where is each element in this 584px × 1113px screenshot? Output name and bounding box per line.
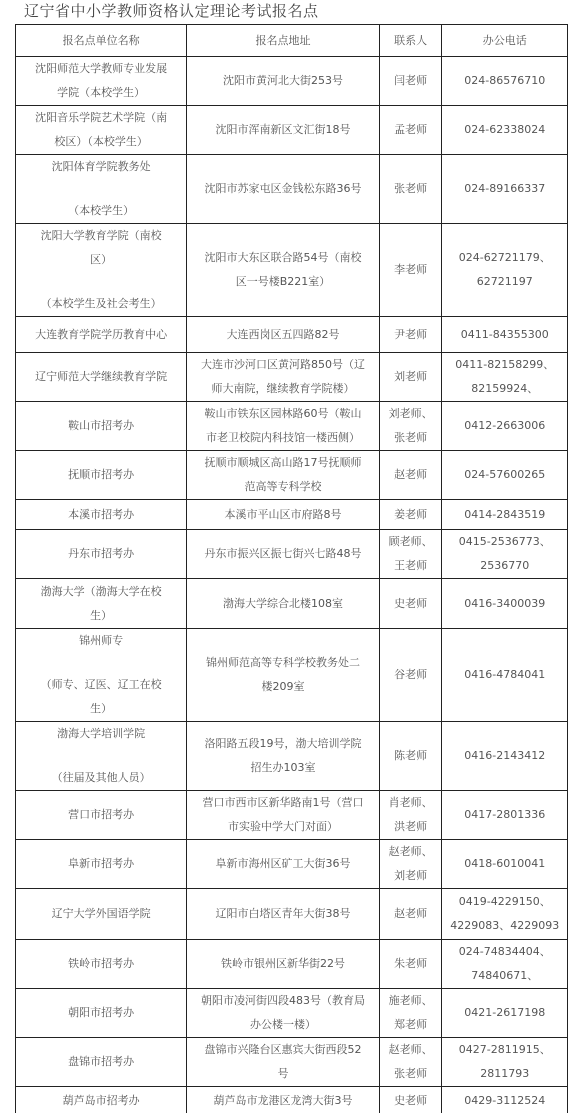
table-row: 鞍山市招考办鞍山市铁东区园林路60号（鞍山市老卫校院内科技馆一楼西侧）刘老师、张… bbox=[16, 402, 568, 451]
contact-line: 陈老师 bbox=[384, 744, 438, 768]
address-cell: 丹东市振兴区振七街兴七路48号 bbox=[187, 530, 380, 579]
address-line: 葫芦岛市龙港区龙湾大街3号 bbox=[191, 1089, 375, 1113]
unit-name-cell: 沈阳音乐学院艺术学院（南校区）（本校学生） bbox=[16, 106, 187, 155]
phone-cell: 0415-2536773、2536770 bbox=[442, 530, 568, 579]
address-cell: 本溪市平山区市府路8号 bbox=[187, 500, 380, 530]
unit-name-line: （本校学生及社会考生） bbox=[20, 292, 182, 316]
contact-line: 刘老师、 bbox=[384, 402, 438, 426]
address-line: 号 bbox=[191, 1062, 375, 1086]
table-header-row: 报名点单位名称 报名点地址 联系人 办公电话 bbox=[16, 25, 568, 57]
address-cell: 营口市西市区新华路南1号（营口市实验中学大门对面） bbox=[187, 791, 380, 840]
contact-cell: 刘老师、张老师 bbox=[379, 402, 442, 451]
address-cell: 沈阳市苏家屯区金钱松东路36号 bbox=[187, 155, 380, 224]
unit-name-line: 校区）（本校学生） bbox=[20, 130, 182, 154]
table-row: 锦州师专（师专、辽医、辽工在校生）锦州师范高等专科学校教务处二楼209室谷老师0… bbox=[16, 629, 568, 722]
table-body: 沈阳师范大学教师专业发展学院（本校学生）沈阳市黄河北大街253号闫老师024-8… bbox=[16, 57, 568, 1113]
contact-cell: 赵老师 bbox=[379, 451, 442, 500]
phone-line: 74840671、 bbox=[446, 964, 563, 988]
unit-name-cell: 渤海大学培训学院（往届及其他人员） bbox=[16, 722, 187, 791]
table-row: 辽宁师范大学继续教育学院大连市沙河口区黄河路850号（辽师大南院，继续教育学院楼… bbox=[16, 353, 568, 402]
unit-name-line: 铁岭市招考办 bbox=[20, 952, 182, 976]
phone-cell: 0417-2801336 bbox=[442, 791, 568, 840]
unit-name-line: 本溪市招考办 bbox=[20, 503, 182, 527]
contact-line: 张老师 bbox=[384, 177, 438, 201]
unit-name-line: （师专、辽医、辽工在校 bbox=[20, 673, 182, 697]
phone-line: 0416-4784041 bbox=[446, 663, 563, 687]
phone-line: 0421-2617198 bbox=[446, 1001, 563, 1025]
unit-name-cell: 营口市招考办 bbox=[16, 791, 187, 840]
phone-cell: 024-74834404、74840671、 bbox=[442, 940, 568, 989]
phone-line: 024-89166337 bbox=[446, 177, 563, 201]
address-line: 大连西岗区五四路82号 bbox=[191, 323, 375, 347]
address-line: 办公楼一楼） bbox=[191, 1013, 375, 1037]
registration-sites-table: 报名点单位名称 报名点地址 联系人 办公电话 沈阳师范大学教师专业发展学院（本校… bbox=[15, 24, 568, 1113]
contact-line: 施老师、 bbox=[384, 989, 438, 1013]
unit-name-cell: 铁岭市招考办 bbox=[16, 940, 187, 989]
phone-line: 0416-2143412 bbox=[446, 744, 563, 768]
unit-name-line: 阜新市招考办 bbox=[20, 852, 182, 876]
unit-name-cell: 朝阳市招考办 bbox=[16, 989, 187, 1038]
address-line: 范高等专科学校 bbox=[191, 475, 375, 499]
address-cell: 阜新市海州区矿工大街36号 bbox=[187, 840, 380, 889]
unit-name-line: 渤海大学（渤海大学在校 bbox=[20, 580, 182, 604]
unit-name-line: 沈阳体育学院教务处 bbox=[20, 155, 182, 179]
table-row: 抚顺市招考办抚顺市顺城区高山路17号抚顺师范高等专科学校赵老师024-57600… bbox=[16, 451, 568, 500]
contact-line: 郑老师 bbox=[384, 1013, 438, 1037]
contact-line: 史老师 bbox=[384, 592, 438, 616]
address-line: 楼209室 bbox=[191, 675, 375, 699]
address-line: 盘锦市兴隆台区惠宾大街西段52 bbox=[191, 1038, 375, 1062]
unit-name-cell: 盘锦市招考办 bbox=[16, 1038, 187, 1087]
phone-line: 0415-2536773、 bbox=[446, 530, 563, 554]
contact-cell: 孟老师 bbox=[379, 106, 442, 155]
unit-name-cell: 沈阳师范大学教师专业发展学院（本校学生） bbox=[16, 57, 187, 106]
unit-name-line: 辽宁大学外国语学院 bbox=[20, 902, 182, 926]
unit-name-line: 锦州师专 bbox=[20, 629, 182, 653]
table-row: 阜新市招考办阜新市海州区矿工大街36号赵老师、刘老师0418-6010041 bbox=[16, 840, 568, 889]
unit-name-line: 沈阳师范大学教师专业发展 bbox=[20, 57, 182, 81]
address-cell: 辽阳市白塔区青年大街38号 bbox=[187, 889, 380, 940]
address-line: 沈阳市苏家屯区金钱松东路36号 bbox=[191, 177, 375, 201]
unit-name-line: 生） bbox=[20, 604, 182, 628]
address-cell: 沈阳市浑南新区文汇街18号 bbox=[187, 106, 380, 155]
phone-cell: 024-86576710 bbox=[442, 57, 568, 106]
phone-cell: 0416-4784041 bbox=[442, 629, 568, 722]
unit-name-line bbox=[20, 746, 182, 766]
unit-name-line: （往届及其他人员） bbox=[20, 766, 182, 790]
phone-line: 4229083、4229093 bbox=[446, 914, 563, 938]
phone-cell: 0429-3112524 bbox=[442, 1087, 568, 1113]
table-row: 渤海大学培训学院（往届及其他人员）洛阳路五段19号，渤大培训学院招生办103室陈… bbox=[16, 722, 568, 791]
phone-cell: 024-62338024 bbox=[442, 106, 568, 155]
header-unit-name: 报名点单位名称 bbox=[16, 25, 187, 57]
phone-line: 0414-2843519 bbox=[446, 503, 563, 527]
address-line: 抚顺市顺城区高山路17号抚顺师 bbox=[191, 451, 375, 475]
address-cell: 洛阳路五段19号，渤大培训学院招生办103室 bbox=[187, 722, 380, 791]
unit-name-line: 朝阳市招考办 bbox=[20, 1001, 182, 1025]
contact-line: 孟老师 bbox=[384, 118, 438, 142]
unit-name-cell: 阜新市招考办 bbox=[16, 840, 187, 889]
phone-line: 0412-2663006 bbox=[446, 414, 563, 438]
address-cell: 鞍山市铁东区园林路60号（鞍山市老卫校院内科技馆一楼西侧） bbox=[187, 402, 380, 451]
address-line: 铁岭市银州区新华街22号 bbox=[191, 952, 375, 976]
unit-name-cell: 丹东市招考办 bbox=[16, 530, 187, 579]
phone-cell: 0416-3400039 bbox=[442, 579, 568, 629]
header-phone: 办公电话 bbox=[442, 25, 568, 57]
contact-line: 赵老师、 bbox=[384, 840, 438, 864]
contact-cell: 姜老师 bbox=[379, 500, 442, 530]
contact-cell: 施老师、郑老师 bbox=[379, 989, 442, 1038]
address-line: 沈阳市大东区联合路54号（南校 bbox=[191, 246, 375, 270]
address-cell: 朝阳市凌河街四段483号（教育局办公楼一楼） bbox=[187, 989, 380, 1038]
phone-line: 024-57600265 bbox=[446, 463, 563, 487]
address-line: 大连市沙河口区黄河路850号（辽 bbox=[191, 353, 375, 377]
unit-name-line: 学院（本校学生） bbox=[20, 81, 182, 105]
unit-name-cell: 沈阳大学教育学院（南校区）（本校学生及社会考生） bbox=[16, 224, 187, 317]
contact-line: 朱老师 bbox=[384, 952, 438, 976]
address-line: 丹东市振兴区振七街兴七路48号 bbox=[191, 542, 375, 566]
contact-cell: 张老师 bbox=[379, 155, 442, 224]
phone-cell: 0421-2617198 bbox=[442, 989, 568, 1038]
page-title: 辽宁省中小学教师资格认定理论考试报名点 bbox=[24, 0, 319, 22]
table-row: 沈阳体育学院教务处（本校学生）沈阳市苏家屯区金钱松东路36号张老师024-891… bbox=[16, 155, 568, 224]
unit-name-line: 区） bbox=[20, 248, 182, 272]
phone-line: 0427-2811915、 bbox=[446, 1038, 563, 1062]
unit-name-line: 抚顺市招考办 bbox=[20, 463, 182, 487]
address-cell: 渤海大学综合北楼108室 bbox=[187, 579, 380, 629]
address-cell: 抚顺市顺城区高山路17号抚顺师范高等专科学校 bbox=[187, 451, 380, 500]
header-contact: 联系人 bbox=[379, 25, 442, 57]
unit-name-cell: 锦州师专（师专、辽医、辽工在校生） bbox=[16, 629, 187, 722]
unit-name-cell: 鞍山市招考办 bbox=[16, 402, 187, 451]
table-row: 沈阳大学教育学院（南校区）（本校学生及社会考生）沈阳市大东区联合路54号（南校区… bbox=[16, 224, 568, 317]
unit-name-line: 盘锦市招考办 bbox=[20, 1050, 182, 1074]
address-line: 本溪市平山区市府路8号 bbox=[191, 503, 375, 527]
phone-line: 024-62338024 bbox=[446, 118, 563, 142]
contact-line: 赵老师 bbox=[384, 463, 438, 487]
address-line: 招生办103室 bbox=[191, 756, 375, 780]
unit-name-cell: 大连教育学院学历教育中心 bbox=[16, 317, 187, 353]
unit-name-line: 沈阳音乐学院艺术学院（南 bbox=[20, 106, 182, 130]
contact-cell: 肖老师、洪老师 bbox=[379, 791, 442, 840]
address-cell: 盘锦市兴隆台区惠宾大街西段52号 bbox=[187, 1038, 380, 1087]
phone-cell: 024-89166337 bbox=[442, 155, 568, 224]
contact-cell: 尹老师 bbox=[379, 317, 442, 353]
phone-line: 62721197 bbox=[446, 270, 563, 294]
contact-cell: 李老师 bbox=[379, 224, 442, 317]
phone-line: 2811793 bbox=[446, 1062, 563, 1086]
contact-cell: 赵老师、刘老师 bbox=[379, 840, 442, 889]
table-row: 营口市招考办营口市西市区新华路南1号（营口市实验中学大门对面）肖老师、洪老师04… bbox=[16, 791, 568, 840]
address-line: 沈阳市黄河北大街253号 bbox=[191, 69, 375, 93]
table-row: 葫芦岛市招考办葫芦岛市龙港区龙湾大街3号史老师0429-3112524 bbox=[16, 1087, 568, 1113]
contact-cell: 赵老师 bbox=[379, 889, 442, 940]
phone-line: 2536770 bbox=[446, 554, 563, 578]
phone-line: 0418-6010041 bbox=[446, 852, 563, 876]
contact-line: 洪老师 bbox=[384, 815, 438, 839]
phone-line: 024-62721179、 bbox=[446, 246, 563, 270]
address-cell: 大连市沙河口区黄河路850号（辽师大南院，继续教育学院楼） bbox=[187, 353, 380, 402]
contact-line: 张老师 bbox=[384, 426, 438, 450]
address-line: 朝阳市凌河街四段483号（教育局 bbox=[191, 989, 375, 1013]
table-row: 铁岭市招考办铁岭市银州区新华街22号朱老师024-74834404、748406… bbox=[16, 940, 568, 989]
phone-cell: 0427-2811915、2811793 bbox=[442, 1038, 568, 1087]
address-line: 鞍山市铁东区园林路60号（鞍山 bbox=[191, 402, 375, 426]
unit-name-line: 沈阳大学教育学院（南校 bbox=[20, 224, 182, 248]
contact-line: 史老师 bbox=[384, 1089, 438, 1113]
contact-cell: 朱老师 bbox=[379, 940, 442, 989]
contact-cell: 陈老师 bbox=[379, 722, 442, 791]
phone-cell: 0414-2843519 bbox=[442, 500, 568, 530]
address-cell: 锦州师范高等专科学校教务处二楼209室 bbox=[187, 629, 380, 722]
unit-name-line: 营口市招考办 bbox=[20, 803, 182, 827]
header-address: 报名点地址 bbox=[187, 25, 380, 57]
phone-line: 0417-2801336 bbox=[446, 803, 563, 827]
contact-line: 刘老师 bbox=[384, 864, 438, 888]
unit-name-cell: 本溪市招考办 bbox=[16, 500, 187, 530]
address-cell: 沈阳市大东区联合路54号（南校区一号楼B221室） bbox=[187, 224, 380, 317]
address-line: 师大南院，继续教育学院楼） bbox=[191, 377, 375, 401]
phone-line: 0429-3112524 bbox=[446, 1089, 563, 1113]
unit-name-line: 辽宁师范大学继续教育学院 bbox=[20, 365, 182, 389]
address-line: 辽阳市白塔区青年大街38号 bbox=[191, 902, 375, 926]
unit-name-line bbox=[20, 653, 182, 673]
phone-cell: 0411-82158299、82159924、 bbox=[442, 353, 568, 402]
phone-cell: 0416-2143412 bbox=[442, 722, 568, 791]
unit-name-cell: 辽宁师范大学继续教育学院 bbox=[16, 353, 187, 402]
phone-cell: 0411-84355300 bbox=[442, 317, 568, 353]
table-row: 沈阳音乐学院艺术学院（南校区）（本校学生）沈阳市浑南新区文汇街18号孟老师024… bbox=[16, 106, 568, 155]
contact-cell: 赵老师、张老师 bbox=[379, 1038, 442, 1087]
unit-name-line: 渤海大学培训学院 bbox=[20, 722, 182, 746]
contact-cell: 谷老师 bbox=[379, 629, 442, 722]
contact-line: 赵老师、 bbox=[384, 1038, 438, 1062]
unit-name-line: （本校学生） bbox=[20, 199, 182, 223]
contact-line: 刘老师 bbox=[384, 365, 438, 389]
address-line: 锦州师范高等专科学校教务处二 bbox=[191, 651, 375, 675]
address-line: 市老卫校院内科技馆一楼西侧） bbox=[191, 426, 375, 450]
contact-cell: 史老师 bbox=[379, 579, 442, 629]
unit-name-line bbox=[20, 179, 182, 199]
phone-line: 024-74834404、 bbox=[446, 940, 563, 964]
address-cell: 铁岭市银州区新华街22号 bbox=[187, 940, 380, 989]
address-line: 营口市西市区新华路南1号（营口 bbox=[191, 791, 375, 815]
address-line: 区一号楼B221室） bbox=[191, 270, 375, 294]
phone-cell: 0412-2663006 bbox=[442, 402, 568, 451]
unit-name-line: 葫芦岛市招考办 bbox=[20, 1089, 182, 1113]
unit-name-line: 丹东市招考办 bbox=[20, 542, 182, 566]
table-row: 朝阳市招考办朝阳市凌河街四段483号（教育局办公楼一楼）施老师、郑老师0421-… bbox=[16, 989, 568, 1038]
contact-cell: 刘老师 bbox=[379, 353, 442, 402]
contact-line: 赵老师 bbox=[384, 902, 438, 926]
phone-cell: 0419-4229150、4229083、4229093 bbox=[442, 889, 568, 940]
table-row: 渤海大学（渤海大学在校生）渤海大学综合北楼108室史老师0416-3400039 bbox=[16, 579, 568, 629]
unit-name-cell: 渤海大学（渤海大学在校生） bbox=[16, 579, 187, 629]
address-cell: 沈阳市黄河北大街253号 bbox=[187, 57, 380, 106]
contact-cell: 闫老师 bbox=[379, 57, 442, 106]
phone-line: 0411-82158299、 bbox=[446, 353, 563, 377]
unit-name-line: 鞍山市招考办 bbox=[20, 414, 182, 438]
unit-name-cell: 抚顺市招考办 bbox=[16, 451, 187, 500]
address-cell: 葫芦岛市龙港区龙湾大街3号 bbox=[187, 1087, 380, 1113]
contact-line: 姜老师 bbox=[384, 503, 438, 527]
contact-line: 张老师 bbox=[384, 1062, 438, 1086]
contact-line: 闫老师 bbox=[384, 69, 438, 93]
address-line: 洛阳路五段19号，渤大培训学院 bbox=[191, 732, 375, 756]
unit-name-line: 大连教育学院学历教育中心 bbox=[20, 323, 182, 347]
contact-cell: 顾老师、王老师 bbox=[379, 530, 442, 579]
phone-cell: 024-57600265 bbox=[442, 451, 568, 500]
contact-line: 谷老师 bbox=[384, 663, 438, 687]
contact-line: 尹老师 bbox=[384, 323, 438, 347]
address-line: 阜新市海州区矿工大街36号 bbox=[191, 852, 375, 876]
phone-line: 82159924、 bbox=[446, 377, 563, 401]
table-row: 本溪市招考办本溪市平山区市府路8号姜老师0414-2843519 bbox=[16, 500, 568, 530]
phone-line: 024-86576710 bbox=[446, 69, 563, 93]
address-cell: 大连西岗区五四路82号 bbox=[187, 317, 380, 353]
table-row: 丹东市招考办丹东市振兴区振七街兴七路48号顾老师、王老师0415-2536773… bbox=[16, 530, 568, 579]
table-row: 沈阳师范大学教师专业发展学院（本校学生）沈阳市黄河北大街253号闫老师024-8… bbox=[16, 57, 568, 106]
unit-name-line: 生） bbox=[20, 697, 182, 721]
phone-cell: 0418-6010041 bbox=[442, 840, 568, 889]
address-line: 市实验中学大门对面） bbox=[191, 815, 375, 839]
contact-cell: 史老师 bbox=[379, 1087, 442, 1113]
unit-name-cell: 沈阳体育学院教务处（本校学生） bbox=[16, 155, 187, 224]
unit-name-line bbox=[20, 272, 182, 292]
contact-line: 王老师 bbox=[384, 554, 438, 578]
contact-line: 肖老师、 bbox=[384, 791, 438, 815]
unit-name-cell: 辽宁大学外国语学院 bbox=[16, 889, 187, 940]
table-row: 大连教育学院学历教育中心大连西岗区五四路82号尹老师0411-84355300 bbox=[16, 317, 568, 353]
contact-line: 顾老师、 bbox=[384, 530, 438, 554]
address-line: 渤海大学综合北楼108室 bbox=[191, 592, 375, 616]
phone-cell: 024-62721179、62721197 bbox=[442, 224, 568, 317]
phone-line: 0411-84355300 bbox=[446, 323, 563, 347]
phone-line: 0419-4229150、 bbox=[446, 890, 563, 914]
address-line: 沈阳市浑南新区文汇街18号 bbox=[191, 118, 375, 142]
unit-name-cell: 葫芦岛市招考办 bbox=[16, 1087, 187, 1113]
contact-line: 李老师 bbox=[384, 258, 438, 282]
phone-line: 0416-3400039 bbox=[446, 592, 563, 616]
table-row: 盘锦市招考办盘锦市兴隆台区惠宾大街西段52号赵老师、张老师0427-281191… bbox=[16, 1038, 568, 1087]
table-row: 辽宁大学外国语学院辽阳市白塔区青年大街38号赵老师0419-4229150、42… bbox=[16, 889, 568, 940]
